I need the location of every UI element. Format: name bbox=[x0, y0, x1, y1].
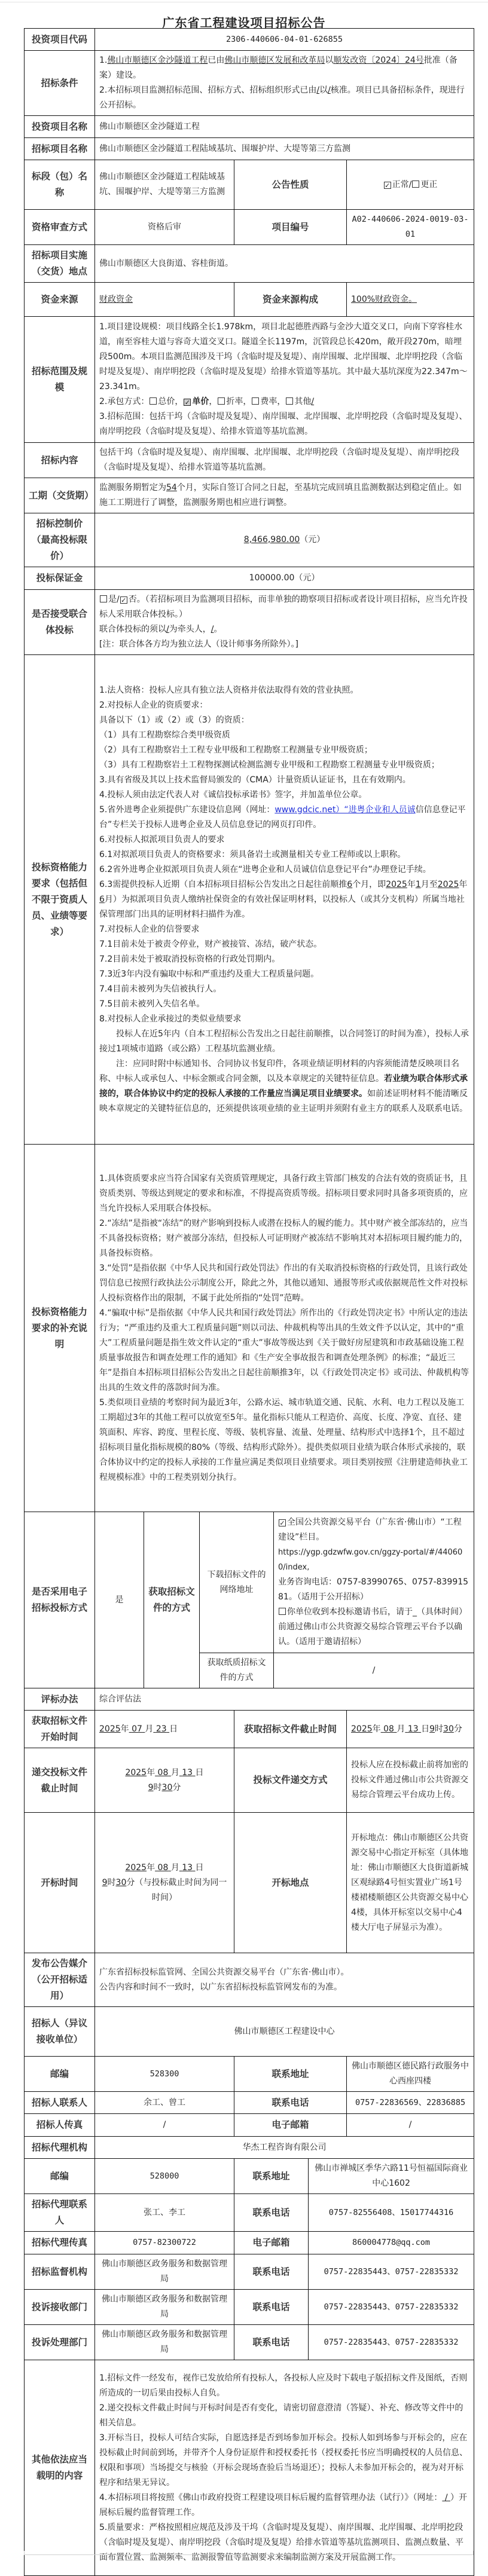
paper-method-value: / bbox=[274, 1653, 474, 1688]
investment-name-value: 佛山市顺德区金沙隧道工程 bbox=[95, 116, 474, 138]
row-tenderer-fax: 招标人传真 / 电子邮箱 / bbox=[25, 2114, 474, 2137]
project-no-value: A02-440606-2024-0019-03-01 bbox=[347, 210, 474, 245]
checkbox-no-checked-icon bbox=[120, 596, 127, 604]
bottom-ruler-row bbox=[24, 2551, 474, 2555]
tenderer-value: 佛山市顺德区工程建设中心 bbox=[95, 2007, 474, 2057]
agency-fax-label: 招标代理传真 bbox=[25, 2232, 95, 2254]
requirements-label: 投标资格能力要求（包括但不限于资质人员、业绩等要求） bbox=[25, 655, 95, 1145]
checkbox-unit-price-checked-icon bbox=[184, 399, 191, 406]
notice-nature-value: 正常/更正 bbox=[347, 160, 474, 210]
agency-addr-label: 联系地址 bbox=[234, 2159, 309, 2194]
investment-code-label: 投资项目代码 bbox=[25, 29, 95, 51]
complaint-handle-org: 佛山市顺德区政务服务和数据管理局 bbox=[95, 2325, 234, 2360]
supplement-value: 1.具体资质要求应当符合国家有关资质管理规定，具备行政主管部门核发的合法有效的资… bbox=[95, 1145, 474, 1512]
approver-underlined: 佛山市顺德区发展和改革局 bbox=[224, 56, 325, 65]
checkbox-other-icon bbox=[286, 397, 293, 405]
agency-email-value[interactable]: 860004778@qq.com bbox=[309, 2232, 474, 2254]
row-duration: 工期（交货期） 监测服务期暂定为54个月，实际自签订合同之日起，至基坑完成回填且… bbox=[25, 478, 474, 513]
row-tenderer-zip: 邮编 528300 联系地址 佛山市顺德区德民路行政服务中心西座四楼 bbox=[25, 2057, 474, 2092]
submission-method-label: 投标文件递交方式 bbox=[234, 1748, 347, 1813]
row-electronic-online: 是否采用电子招标投标方式 是 获取招标文件的方式 下载招标文件的网络地址 全国公… bbox=[25, 1512, 474, 1653]
notice-nature-label: 公告性质 bbox=[234, 160, 347, 210]
tenderer-addr-value: 佛山市顺德区德民路行政服务中心西座四楼 bbox=[347, 2057, 474, 2092]
doc-start-label: 获取招标文件开始时间 bbox=[25, 1711, 95, 1748]
supervision-label: 招标监督机构 bbox=[25, 2254, 95, 2290]
duration-value: 监测服务期暂定为54个月，实际自签订合同之日起，至基坑完成回填且监测数据达到稳定… bbox=[95, 478, 474, 513]
qualification-label: 资格审查方式 bbox=[25, 210, 95, 245]
control-price-value: 8,466,980.00（元） bbox=[95, 513, 474, 567]
opening-place-value: 开标地点：佛山市顺德区公共资源交易中心指定开标室（具体地址：佛山市顺德区大良街道… bbox=[347, 1813, 474, 1953]
duration-label: 工期（交货期） bbox=[25, 478, 95, 513]
agency-email-label: 电子邮箱 bbox=[234, 2232, 309, 2254]
conditions-value: 1.佛山市顺德区金沙隧道工程已由佛山市顺德区发展和改革局以顺发改资〔2024〕2… bbox=[95, 51, 474, 116]
evaluation-value: 综合评估法 bbox=[95, 1688, 474, 1711]
checkbox-fee-rate-icon bbox=[252, 397, 259, 405]
tenderer-email-label: 电子邮箱 bbox=[234, 2114, 347, 2137]
consortium-value: 是/否。（若招标项目为监测项目招标，而非单独的勘察项目招标或者设计项目招标，应当… bbox=[95, 590, 474, 655]
funding-label: 资金来源 bbox=[25, 283, 95, 317]
complaint-receive-phone: 0757-22835443、0757-22835332 bbox=[309, 2290, 474, 2325]
tender-name-label: 招标项目名称 bbox=[25, 138, 95, 160]
complaint-receive-phone-label: 联系电话 bbox=[234, 2290, 309, 2325]
row-tenderer: 招标人（异议接收单位） 佛山市顺德区工程建设中心 bbox=[25, 2007, 474, 2057]
row-control-price: 招标控制价（最高投标限价） 8,466,980.00（元） bbox=[25, 513, 474, 567]
scope-value: 1.项目建设规模：项目线路全长1.978km，项目北起德胜西路与金沙大道交叉口，… bbox=[95, 317, 474, 443]
supervision-phone-label: 联系电话 bbox=[234, 2254, 309, 2290]
deposit-label: 投标保证金 bbox=[25, 567, 95, 590]
agency-phone-value: 0757-82556408、15017744316 bbox=[309, 2194, 474, 2232]
funding-composition-label: 资金来源构成 bbox=[234, 283, 347, 317]
submission-value: 2025年 08 月 13 日9时30分 bbox=[95, 1748, 234, 1813]
media-label: 发布公告媒介（公开招标适用） bbox=[25, 1953, 95, 2007]
row-investment-name: 投资项目名称 佛山市顺德区金沙隧道工程 bbox=[25, 116, 474, 138]
gdcic-link[interactable]: www.gdcic.net）“进粤企业和人员诚 bbox=[274, 805, 415, 815]
checkbox-platform-checked-icon bbox=[279, 1519, 286, 1526]
section-label: 标段（包）名称 bbox=[25, 160, 95, 210]
row-complaint-receive: 投诉接收部门 佛山市顺德区政务服务和数据管理局 联系电话 0757-228354… bbox=[25, 2290, 474, 2325]
row-agency-contact: 招标代理联系人 张工、李工 联系电话 0757-82556408、1501774… bbox=[25, 2194, 474, 2232]
supplement-label: 投标资格能力要求的补充说明 bbox=[25, 1145, 95, 1512]
row-investment-code: 投资项目代码 2306-440606-04-01-626855 bbox=[25, 29, 474, 51]
row-other: 其他依法应当载明的内容 1.招标文件一经发布，视作已发放给所有投标人，各投标人应… bbox=[25, 2360, 474, 2576]
project-no-label: 项目编号 bbox=[234, 210, 347, 245]
row-complaint-handle: 投诉处理部门 佛山市顺德区政务服务和数据管理局 联系电话 0757-228354… bbox=[25, 2325, 474, 2360]
complaint-handle-phone-label: 联系电话 bbox=[234, 2325, 309, 2360]
conditions-label: 招标条件 bbox=[25, 51, 95, 116]
row-media: 发布公告媒介（公开招标适用） 广东省招标投标监管网、全国公共资源交易平台（广东省… bbox=[25, 1953, 474, 2007]
approval-doc-underlined: 顺发改资〔2024〕24号 bbox=[333, 56, 423, 65]
paper-method-label: 获取纸质招标文件的方式 bbox=[200, 1653, 274, 1688]
row-supervision: 招标监督机构 佛山市顺德区政务服务和数据管理局 联系电话 0757-228354… bbox=[25, 2254, 474, 2290]
doc-method-label: 获取招标文件的方式 bbox=[144, 1512, 200, 1688]
electronic-value: 是 bbox=[95, 1512, 144, 1688]
tenderer-label: 招标人（异议接收单位） bbox=[25, 2007, 95, 2057]
other-label: 其他依法应当载明的内容 bbox=[25, 2360, 95, 2576]
online-address-value: 全国公共资源交易平台（广东省·佛山市）“工程建设”栏目。 https://ygp… bbox=[274, 1512, 474, 1653]
other-value: 1.招标文件一经发布，视作已发放给所有投标人，各投标人应及时下载电子版招标文件及… bbox=[95, 2360, 474, 2576]
agency-phone-label: 联系电话 bbox=[234, 2194, 309, 2232]
row-qualification: 资格审查方式 资格后审 项目编号 A02-440606-2024-0019-03… bbox=[25, 210, 474, 245]
agency-label: 招标代理机构 bbox=[25, 2137, 95, 2159]
top-divider bbox=[0, 2, 488, 2]
tenderer-email-value: / bbox=[347, 2114, 474, 2137]
tenderer-fax-value: / bbox=[95, 2114, 234, 2137]
tenderer-zip-value: 528300 bbox=[95, 2057, 234, 2092]
complaint-handle-phone: 0757-22835443、0757-22835332 bbox=[309, 2325, 474, 2360]
checkbox-yes-icon bbox=[100, 595, 107, 602]
row-supplement: 投标资格能力要求的补充说明 1.具体资质要求应当符合国家有关资质管理规定，具备行… bbox=[25, 1145, 474, 1512]
checkbox-normal-checked-icon bbox=[384, 182, 391, 189]
doc-end-label: 获取招标文件截止时间 bbox=[234, 1711, 347, 1748]
announcement-table: 投资项目代码 2306-440606-04-01-626855 招标条件 1.佛… bbox=[24, 28, 474, 2576]
contract-method: 2.承包方式：总价，单价，折率，费率，其他/ bbox=[99, 394, 469, 409]
checkbox-discount-rate-icon bbox=[218, 397, 225, 405]
opening-label: 开标时间 bbox=[25, 1813, 95, 1953]
row-content: 招标内容 包括干坞（含临时堤及复堤）、南岸围堰、北岸围堰、北岸明挖段（含临时堤及… bbox=[25, 443, 474, 478]
row-agency-fax: 招标代理传真 0757-82300722 电子邮箱 860004778@qq.c… bbox=[25, 2232, 474, 2254]
tenderer-phone-value: 0757-22836569、22836885 bbox=[347, 2092, 474, 2114]
tenderer-addr-label: 联系地址 bbox=[234, 2057, 347, 2092]
project-name-underlined: 佛山市顺德区金沙隧道工程 bbox=[107, 56, 208, 65]
qualification-value: 资格后审 bbox=[95, 210, 234, 245]
location-value: 佛山市顺德区大良街道、容桂街道。 bbox=[95, 245, 474, 283]
row-conditions: 招标条件 1.佛山市顺德区金沙隧道工程已由佛山市顺德区发展和改革局以顺发改资〔2… bbox=[25, 51, 474, 116]
row-doc-time: 获取招标文件开始时间 2025年 07 月 23 日 获取招标文件截止时间 20… bbox=[25, 1711, 474, 1748]
checkbox-total-price-icon bbox=[150, 397, 157, 405]
agency-zip-label: 邮编 bbox=[25, 2159, 95, 2194]
row-deposit: 投标保证金 100000.00（元） bbox=[25, 567, 474, 590]
investment-name-label: 投资项目名称 bbox=[25, 116, 95, 138]
row-requirements: 投标资格能力要求（包括但不限于资质人员、业绩等要求） 1.法人资格：投标人应具有… bbox=[25, 655, 474, 1145]
platform-url[interactable]: https://ygp.gdzwfw.gov.cn/ggzy-portal/#/… bbox=[278, 1545, 469, 1575]
opening-place-label: 开标地点 bbox=[234, 1813, 347, 1953]
complaint-receive-label: 投诉接收部门 bbox=[25, 2290, 95, 2325]
row-opening: 开标时间 2025年 08 月 13 日9时30分（与投标截止时间为同一时间） … bbox=[25, 1813, 474, 1953]
deposit-value: 100000.00（元） bbox=[95, 567, 474, 590]
row-tender-name: 招标项目名称 佛山市顺德区金沙隧道工程陆域基坑、围堰护岸、大堤等第三方监测 bbox=[25, 138, 474, 160]
row-submission: 递交投标文件截止时间 2025年 08 月 13 日9时30分 投标文件递交方式… bbox=[25, 1748, 474, 1813]
supervision-phone: 0757-22835443、0757-22835332 bbox=[309, 2254, 474, 2290]
scope-label: 招标范围及规模 bbox=[25, 317, 95, 443]
tenderer-phone-label: 联系电话 bbox=[234, 2092, 347, 2114]
evaluation-label: 评标办法 bbox=[25, 1688, 95, 1711]
content-value: 包括干坞（含临时堤及复堤）、南岸围堰、北岸围堰、北岸明挖段（含临时堤及复堤）、南… bbox=[95, 443, 474, 478]
checkbox-correction-unchecked-icon bbox=[412, 180, 419, 188]
tenderer-zip-label: 邮编 bbox=[25, 2057, 95, 2092]
row-tenderer-contact: 招标人联系人 余工、曾工 联系电话 0757-22836569、22836885 bbox=[25, 2092, 474, 2114]
media-value: 广东省招标投标监管网、全国公共资源交易平台（广东省·佛山市）。 公告内容和时间不… bbox=[95, 1953, 474, 2007]
row-section: 标段（包）名称 佛山市顺德区金沙隧道工程陆域基坑、围堰护岸、大堤等第三方监测 公… bbox=[25, 160, 474, 210]
checkbox-invite-icon bbox=[279, 1608, 286, 1615]
row-funding: 资金来源 财政资金 资金来源构成 100%财政资金。 bbox=[25, 283, 474, 317]
row-scope: 招标范围及规模 1.项目建设规模：项目线路全长1.978km，项目北起德胜西路与… bbox=[25, 317, 474, 443]
tenderer-contact-value: 余工、曾工 bbox=[95, 2092, 234, 2114]
row-agency: 招标代理机构 华杰工程咨询有限公司 bbox=[25, 2137, 474, 2159]
section-value: 佛山市顺德区金沙隧道工程陆域基坑、围堰护岸、大堤等第三方监测 bbox=[95, 160, 234, 210]
content-label: 招标内容 bbox=[25, 443, 95, 478]
consortium-label: 是否接受联合体投标 bbox=[25, 590, 95, 655]
agency-fax-value: 0757-82300722 bbox=[95, 2232, 234, 2254]
control-price-label: 招标控制价（最高投标限价） bbox=[25, 513, 95, 567]
agency-contact-value: 张工、李工 bbox=[95, 2194, 234, 2232]
online-address-label: 下载招标文件的网络地址 bbox=[200, 1512, 274, 1653]
electronic-label: 是否采用电子招标投标方式 bbox=[25, 1512, 95, 1688]
opening-value: 2025年 08 月 13 日9时30分（与投标截止时间为同一时间） bbox=[95, 1813, 234, 1953]
agency-zip-value: 528000 bbox=[95, 2159, 234, 2194]
funding-composition-value: 100%财政资金。 bbox=[347, 283, 474, 317]
doc-end-value: 2025年 08 月 13 日9时30分 bbox=[347, 1711, 474, 1748]
row-location: 招标项目实施（交货）地点 佛山市顺德区大良街道、容桂街道。 bbox=[25, 245, 474, 283]
row-evaluation: 评标办法 综合评估法 bbox=[25, 1688, 474, 1711]
tender-name-value: 佛山市顺德区金沙隧道工程陆域基坑、围堰护岸、大堤等第三方监测 bbox=[95, 138, 474, 160]
investment-code-value: 2306-440606-04-01-626855 bbox=[95, 29, 474, 51]
doc-start-value: 2025年 07 月 23 日 bbox=[95, 1711, 234, 1748]
requirements-value: 1.法人资格：投标人应具有独立法人资格并依法取得有效的营业执照。 2.对投标人企… bbox=[95, 655, 474, 1145]
tenderer-fax-label: 招标人传真 bbox=[25, 2114, 95, 2137]
complaint-receive-org: 佛山市顺德区政务服务和数据管理局 bbox=[95, 2290, 234, 2325]
submission-label: 递交投标文件截止时间 bbox=[25, 1748, 95, 1813]
agency-contact-label: 招标代理联系人 bbox=[25, 2194, 95, 2232]
agency-addr-value: 佛山市禅城区季华六路11号恒福国际商业中心1602 bbox=[309, 2159, 474, 2194]
funding-value: 财政资金 bbox=[95, 283, 234, 317]
agency-value: 华杰工程咨询有限公司 bbox=[95, 2137, 474, 2159]
row-agency-zip: 邮编 528000 联系地址 佛山市禅城区季华六路11号恒福国际商业中心1602 bbox=[25, 2159, 474, 2194]
location-label: 招标项目实施（交货）地点 bbox=[25, 245, 95, 283]
complaint-handle-label: 投诉处理部门 bbox=[25, 2325, 95, 2360]
tenderer-contact-label: 招标人联系人 bbox=[25, 2092, 95, 2114]
supervision-org: 佛山市顺德区政务服务和数据管理局 bbox=[95, 2254, 234, 2290]
submission-method-value: 投标人应在投标截止前将加密的投标文件通过佛山市公共资源交易综合管理云平台成功上传… bbox=[347, 1748, 474, 1813]
row-consortium: 是否接受联合体投标 是/否。（若招标项目为监测项目招标，而非单独的勘察项目招标或… bbox=[25, 590, 474, 655]
